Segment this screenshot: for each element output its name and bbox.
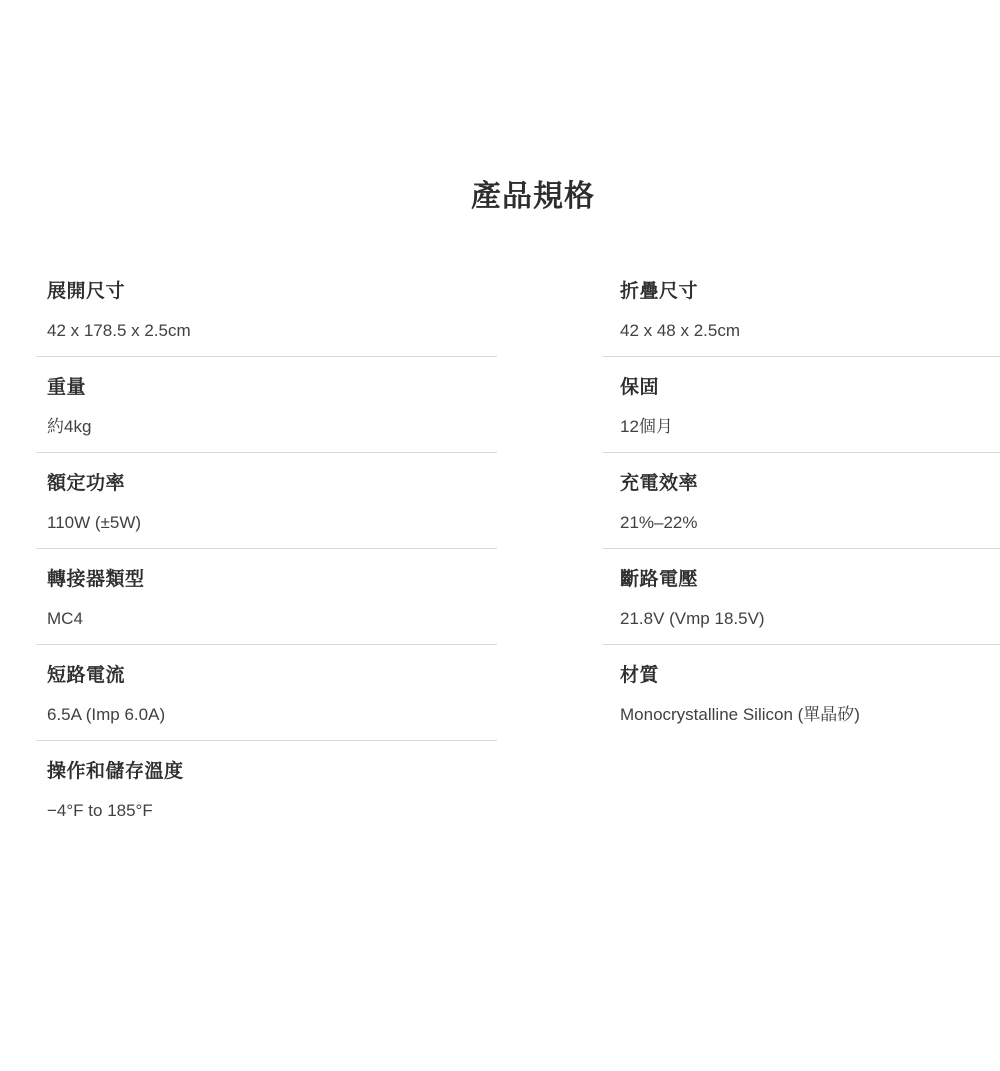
spec-value: 約4kg bbox=[47, 415, 497, 439]
spec-row: 折疊尺寸 42 x 48 x 2.5cm bbox=[603, 261, 1000, 357]
spec-value: 42 x 48 x 2.5cm bbox=[620, 319, 1000, 343]
spec-row: 操作和儲存溫度 −4°F to 185°F bbox=[36, 741, 497, 836]
spec-row: 轉接器類型 MC4 bbox=[36, 549, 497, 645]
spec-label: 重量 bbox=[47, 375, 497, 401]
spec-row: 展開尺寸 42 x 178.5 x 2.5cm bbox=[36, 261, 497, 357]
spec-label: 保固 bbox=[620, 375, 1000, 401]
spec-row: 充電效率 21%–22% bbox=[603, 453, 1000, 549]
spec-row: 額定功率 110W (±5W) bbox=[36, 453, 497, 549]
spec-value: 21%–22% bbox=[620, 511, 1000, 535]
spec-row: 重量 約4kg bbox=[36, 357, 497, 453]
spec-value: 12個月 bbox=[620, 415, 1000, 439]
spec-value: 6.5A (Imp 6.0A) bbox=[47, 703, 497, 727]
spec-column-right: 折疊尺寸 42 x 48 x 2.5cm 保固 12個月 充電效率 21%–22… bbox=[603, 261, 1000, 740]
spec-value: 21.8V (Vmp 18.5V) bbox=[620, 607, 1000, 631]
spec-label: 斷路電壓 bbox=[620, 567, 1000, 593]
spec-row: 短路電流 6.5A (Imp 6.0A) bbox=[36, 645, 497, 741]
spec-value: 110W (±5W) bbox=[47, 511, 497, 535]
spec-label: 轉接器類型 bbox=[47, 567, 497, 593]
spec-row: 斷路電壓 21.8V (Vmp 18.5V) bbox=[603, 549, 1000, 645]
spec-row: 材質 Monocrystalline Silicon (單晶矽) bbox=[603, 645, 1000, 740]
spec-label: 操作和儲存溫度 bbox=[47, 759, 497, 785]
page-title: 產品規格 bbox=[471, 180, 595, 214]
spec-label: 折疊尺寸 bbox=[620, 279, 1000, 305]
spec-value: Monocrystalline Silicon (單晶矽) bbox=[620, 703, 1000, 727]
spec-value: 42 x 178.5 x 2.5cm bbox=[47, 319, 497, 343]
spec-label: 充電效率 bbox=[620, 471, 1000, 497]
spec-value: MC4 bbox=[47, 607, 497, 631]
spec-label: 材質 bbox=[620, 663, 1000, 689]
spec-label: 額定功率 bbox=[47, 471, 497, 497]
spec-label: 短路電流 bbox=[47, 663, 497, 689]
spec-column-left: 展開尺寸 42 x 178.5 x 2.5cm 重量 約4kg 額定功率 110… bbox=[36, 261, 497, 836]
spec-value: −4°F to 185°F bbox=[47, 799, 497, 823]
spec-label: 展開尺寸 bbox=[47, 279, 497, 305]
spec-row: 保固 12個月 bbox=[603, 357, 1000, 453]
